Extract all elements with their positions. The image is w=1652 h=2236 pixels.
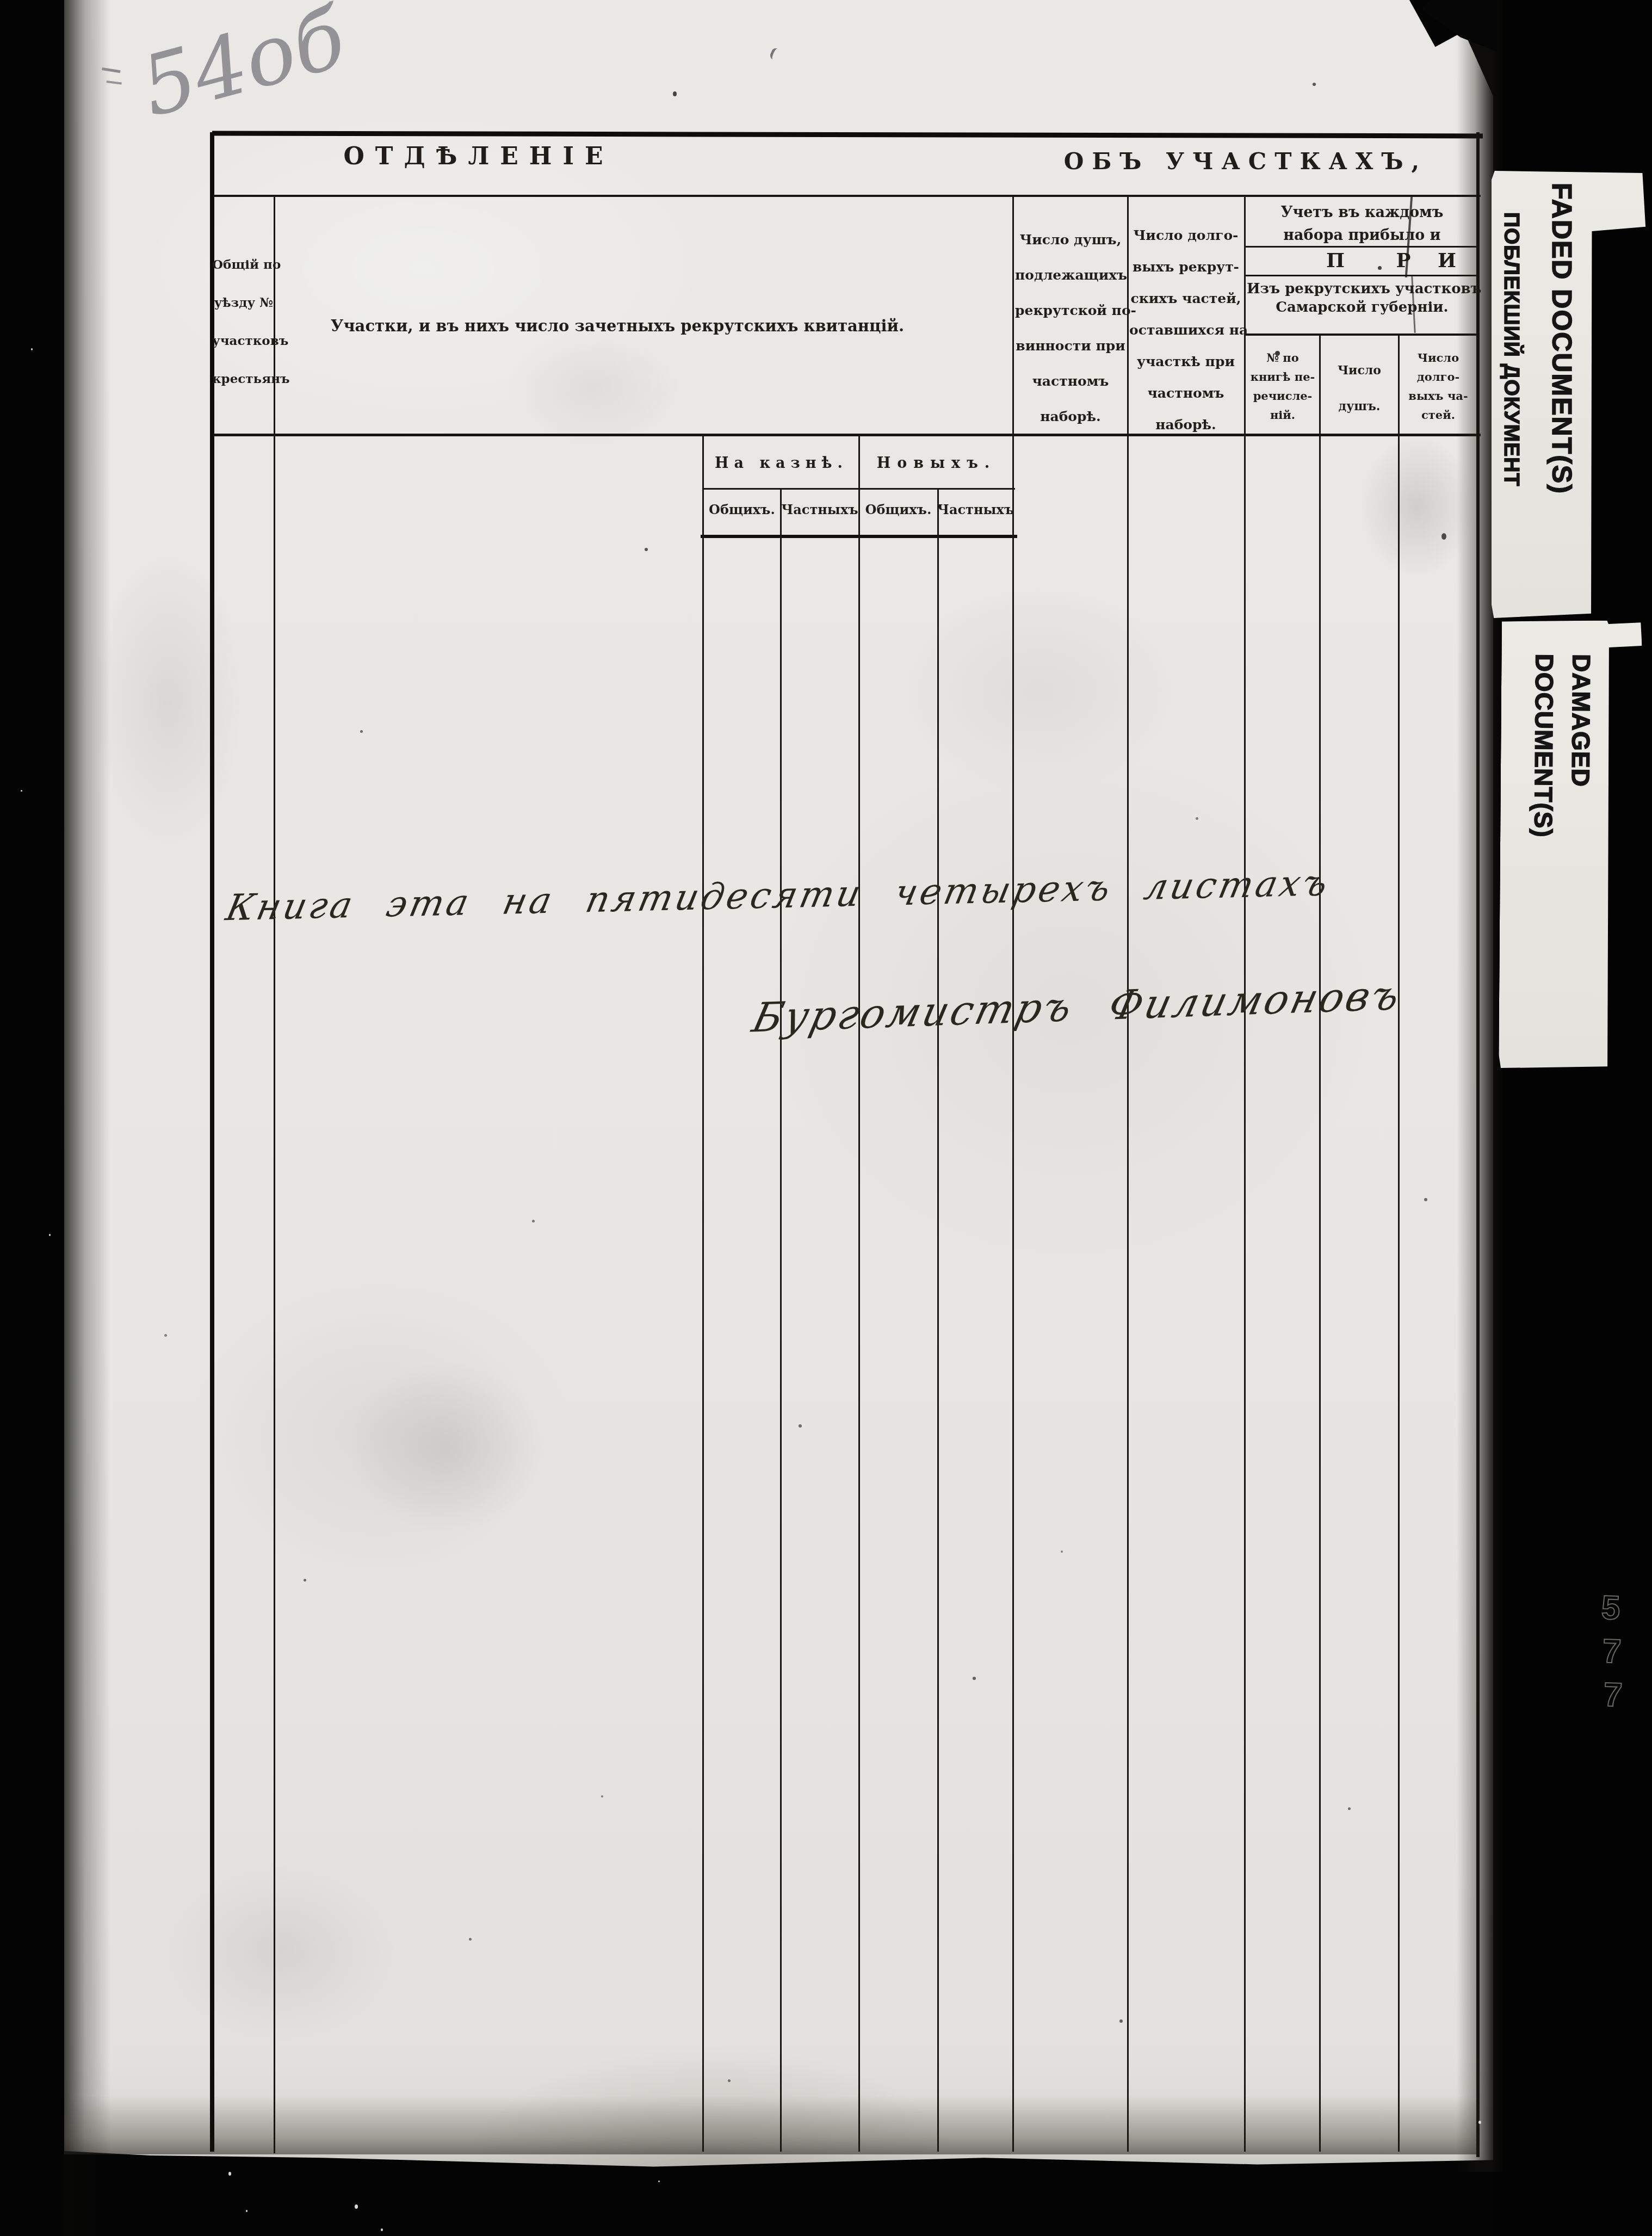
table-vertical-line bbox=[1319, 333, 1321, 2152]
scanned-archive-page: 54об ОТДѢЛЕНІЕ ОБЪ УЧАСТКАХЪ, Общій по у… bbox=[0, 0, 1652, 2236]
paper-fleck bbox=[21, 790, 22, 792]
ink-speck bbox=[645, 548, 648, 551]
partial-word-letter: Р bbox=[1384, 249, 1422, 272]
table-vertical-line bbox=[937, 488, 939, 2152]
subheader-novykh: Новыхъ. bbox=[859, 455, 1013, 472]
paper-fleck bbox=[49, 1234, 51, 1236]
damaged-document-label-line2: DOCUMENT(S) bbox=[1529, 653, 1559, 837]
paper-fleck bbox=[228, 2172, 231, 2176]
ink-speck bbox=[360, 730, 363, 733]
subheader-obshchikh-1: Общихъ. bbox=[704, 502, 780, 517]
paper-fleck bbox=[381, 2228, 383, 2231]
paper-fleck bbox=[1478, 2121, 1481, 2124]
faded-document-label-en: FADED DOCUMENT(S) bbox=[1546, 183, 1577, 495]
ink-speck bbox=[1424, 1198, 1427, 1201]
ink-speck bbox=[673, 91, 677, 96]
paper-stain bbox=[163, 1861, 397, 2040]
ink-speck bbox=[304, 1579, 306, 1582]
table-vertical-line bbox=[858, 434, 860, 2152]
ink-speck bbox=[469, 1938, 472, 1941]
table-vertical-line bbox=[1127, 195, 1129, 2152]
table-vertical-line bbox=[780, 488, 782, 2152]
faint-stamp-digit: 5 bbox=[1601, 1588, 1621, 1627]
subheader-na-kazne: На казнѣ. bbox=[704, 455, 858, 472]
binding-gutter-shadow bbox=[64, 0, 110, 2236]
group-header-uchet: Учетъ въ каждомъ набора прибыло и bbox=[1247, 201, 1477, 247]
subcol-header-book-number: № по книгѣ пе- речисле- ній. bbox=[1246, 348, 1320, 424]
ink-speck bbox=[799, 1424, 802, 1428]
ink-speck bbox=[1313, 83, 1316, 86]
paper-fleck bbox=[31, 348, 33, 350]
subheader-chastnykh-1: Частныхъ bbox=[781, 502, 858, 517]
paper-stain bbox=[348, 1360, 544, 1534]
table-horizontal-line bbox=[212, 195, 1481, 197]
page-title-right: ОБЪ УЧАСТКАХЪ, bbox=[1006, 148, 1485, 175]
ink-speck bbox=[1119, 2019, 1123, 2023]
col-header-debt-parts: Число долго- выхъ рекрут- скихъ частей, … bbox=[1129, 220, 1242, 441]
ink-speck bbox=[1061, 1551, 1063, 1553]
ink-speck bbox=[532, 1220, 535, 1222]
table-vertical-line bbox=[1398, 333, 1400, 2152]
table-vertical-line bbox=[1244, 195, 1246, 2152]
ink-speck bbox=[1348, 1807, 1351, 1810]
bottom-edge-smudge bbox=[64, 2096, 1478, 2154]
subheader-chastnykh-2: Частныхъ bbox=[937, 502, 1014, 517]
paper-stain bbox=[92, 555, 245, 849]
damaged-document-label-line1: DAMAGED bbox=[1566, 654, 1597, 787]
subcol-header-souls: Число душъ. bbox=[1321, 353, 1398, 424]
ink-speck bbox=[1196, 817, 1198, 820]
subheader-obshchikh-2: Общихъ. bbox=[859, 502, 937, 517]
paper-stain bbox=[506, 326, 680, 446]
group-header-samara: Изъ рекрутскихъ участковъ Самарской губе… bbox=[1247, 280, 1477, 317]
col-header-souls: Число душъ, подлежащихъ рекрутской по- в… bbox=[1015, 222, 1126, 434]
table-horizontal-line bbox=[212, 434, 1481, 436]
faded-document-label-ru: ПОБЛЕКШИЙ ДОКУМЕНТ bbox=[1499, 212, 1523, 486]
table-horizontal-line bbox=[1245, 275, 1480, 276]
table-vertical-line bbox=[1012, 195, 1014, 2152]
faint-stamp-digit: 7 bbox=[1602, 1632, 1622, 1671]
faint-stamp-digit: 7 bbox=[1603, 1675, 1623, 1714]
table-horizontal-line bbox=[1245, 333, 1480, 336]
ink-speck bbox=[1378, 266, 1382, 270]
ink-speck bbox=[164, 1334, 167, 1337]
ink-speck bbox=[1441, 533, 1446, 540]
paper-stain bbox=[898, 588, 1180, 794]
ink-speck bbox=[1275, 351, 1280, 356]
ink-speck bbox=[601, 1795, 603, 1798]
col-header-general-number: Общій по уѣзду № участковъ крестьянъ bbox=[212, 246, 275, 398]
paper-fleck bbox=[355, 2204, 358, 2209]
ink-speck bbox=[973, 1677, 976, 1680]
ink-speck bbox=[728, 2079, 731, 2082]
table-left-border bbox=[210, 132, 214, 2152]
partial-word-letter: П bbox=[1316, 249, 1354, 272]
table-vertical-line bbox=[702, 434, 704, 2152]
paper-fleck bbox=[658, 2181, 660, 2182]
col-header-uchastki: Участки, и въ нихъ число зачетныхъ рекру… bbox=[305, 317, 930, 335]
table-vertical-line bbox=[274, 195, 275, 2153]
page-title-left: ОТДѢЛЕНІЕ bbox=[288, 143, 669, 170]
paper-fleck bbox=[246, 2210, 248, 2212]
